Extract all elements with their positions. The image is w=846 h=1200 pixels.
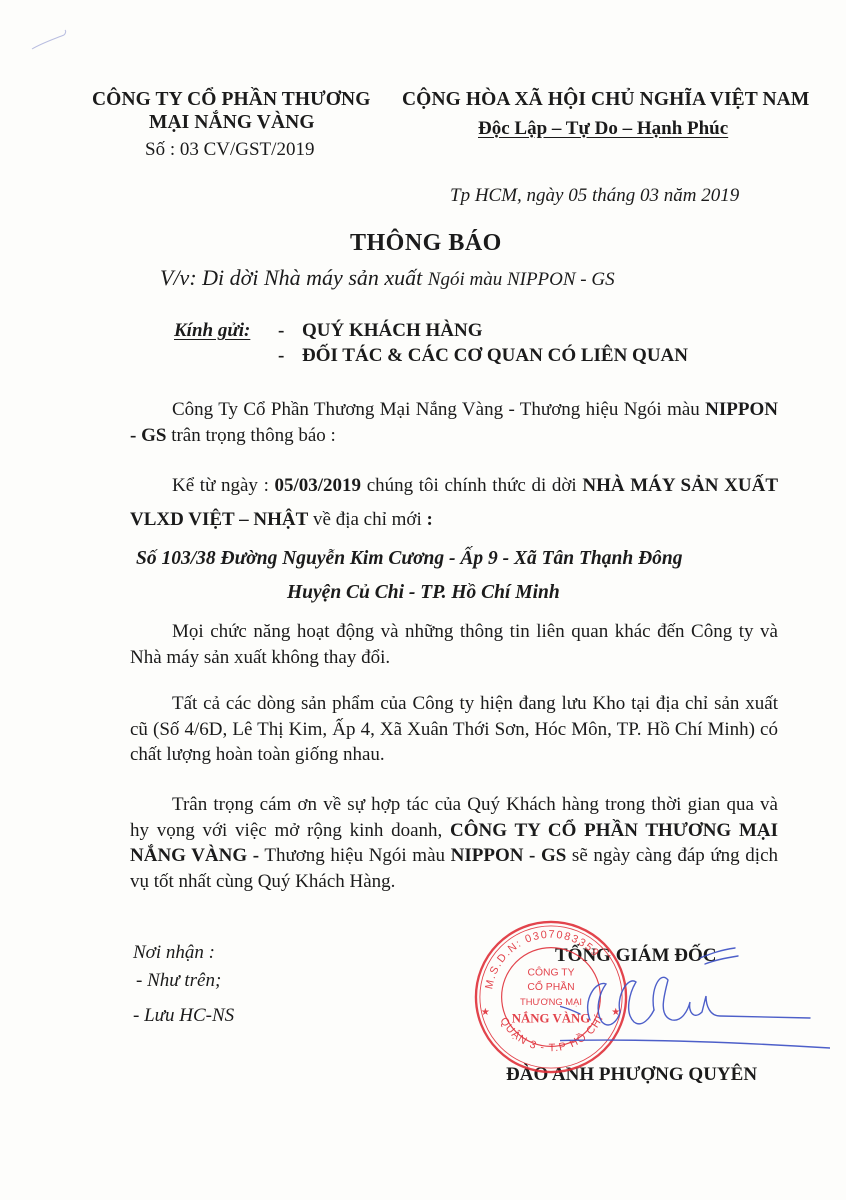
intro-text: Công Ty Cổ Phần Thương Mại Nắng Vàng - T…	[172, 399, 705, 420]
paragraph-intro: Công Ty Cổ Phần Thương Mại Nắng Vàng - T…	[130, 397, 778, 448]
relocation-date: 05/03/2019	[275, 475, 362, 496]
distribution-label: Nơi nhận :	[133, 942, 215, 964]
national-title: CỘNG HÒA XÃ HỘI CHỦ NGHĨA VIỆT NAM	[402, 89, 809, 111]
paragraph-relocation: Kể từ ngày : 05/03/2019 chúng tôi chính …	[130, 469, 778, 537]
company-name-line1: CÔNG TY CỔ PHẦN THƯƠNG	[92, 89, 370, 111]
recipient-bullet-1: -	[278, 320, 284, 342]
paragraph-old-warehouse: Tất cả các dòng sản phẩm của Công ty hiệ…	[130, 691, 778, 768]
relocation-colon: :	[426, 509, 432, 530]
distribution-item-2: - Lưu HC-NS	[133, 1005, 234, 1027]
recipient-item-2: ĐỐI TÁC & CÁC CƠ QUAN CÓ LIÊN QUAN	[302, 345, 688, 367]
new-address-line2: Huyện Củ Chi - TP. Hồ Chí Minh	[287, 582, 560, 604]
distribution-item-1: - Như trên;	[136, 970, 221, 992]
relocation-text: Kể từ ngày :	[172, 475, 275, 496]
thanks-text-mid: Thương hiệu Ngói màu	[259, 845, 451, 866]
document-subject: V/v: Di dời Nhà máy sản xuất Ngói màu NI…	[160, 265, 615, 291]
new-address-line1: Số 103/38 Đường Nguyễn Kim Cương - Ấp 9 …	[136, 548, 683, 570]
relocation-text-end: về địa chỉ mới	[308, 509, 426, 530]
paragraph-thanks: Trân trọng cám ơn về sự hợp tác của Quý …	[130, 792, 778, 894]
document-title: THÔNG BÁO	[350, 230, 502, 257]
svg-text:★: ★	[481, 1007, 490, 1018]
subject-prefix: V/v: Di dời Nhà máy sản xuất	[160, 265, 428, 290]
recipients-label: Kính gửi:	[174, 320, 250, 342]
brand-name-bold: NIPPON - GS	[451, 845, 567, 866]
place-date: Tp HCM, ngày 05 tháng 03 năm 2019	[450, 185, 739, 207]
recipient-bullet-2: -	[278, 345, 284, 367]
handwritten-signature-icon	[560, 940, 830, 1070]
paragraph-operations: Mọi chức năng hoạt động và những thông t…	[130, 619, 778, 670]
document-number: Số : 03 CV/GST/2019	[145, 137, 314, 163]
company-name-line2: MẠI NẮNG VÀNG	[149, 112, 315, 134]
pen-mark-decoration	[28, 25, 78, 55]
intro-text-end: trân trọng thông báo :	[166, 425, 335, 446]
subject-suffix: Ngói màu NIPPON - GS	[428, 269, 615, 290]
relocation-text-mid: chúng tôi chính thức di dời	[361, 475, 582, 496]
national-motto: Độc Lập – Tự Do – Hạnh Phúc	[478, 118, 728, 140]
recipient-item-1: QUÝ KHÁCH HÀNG	[302, 320, 483, 342]
